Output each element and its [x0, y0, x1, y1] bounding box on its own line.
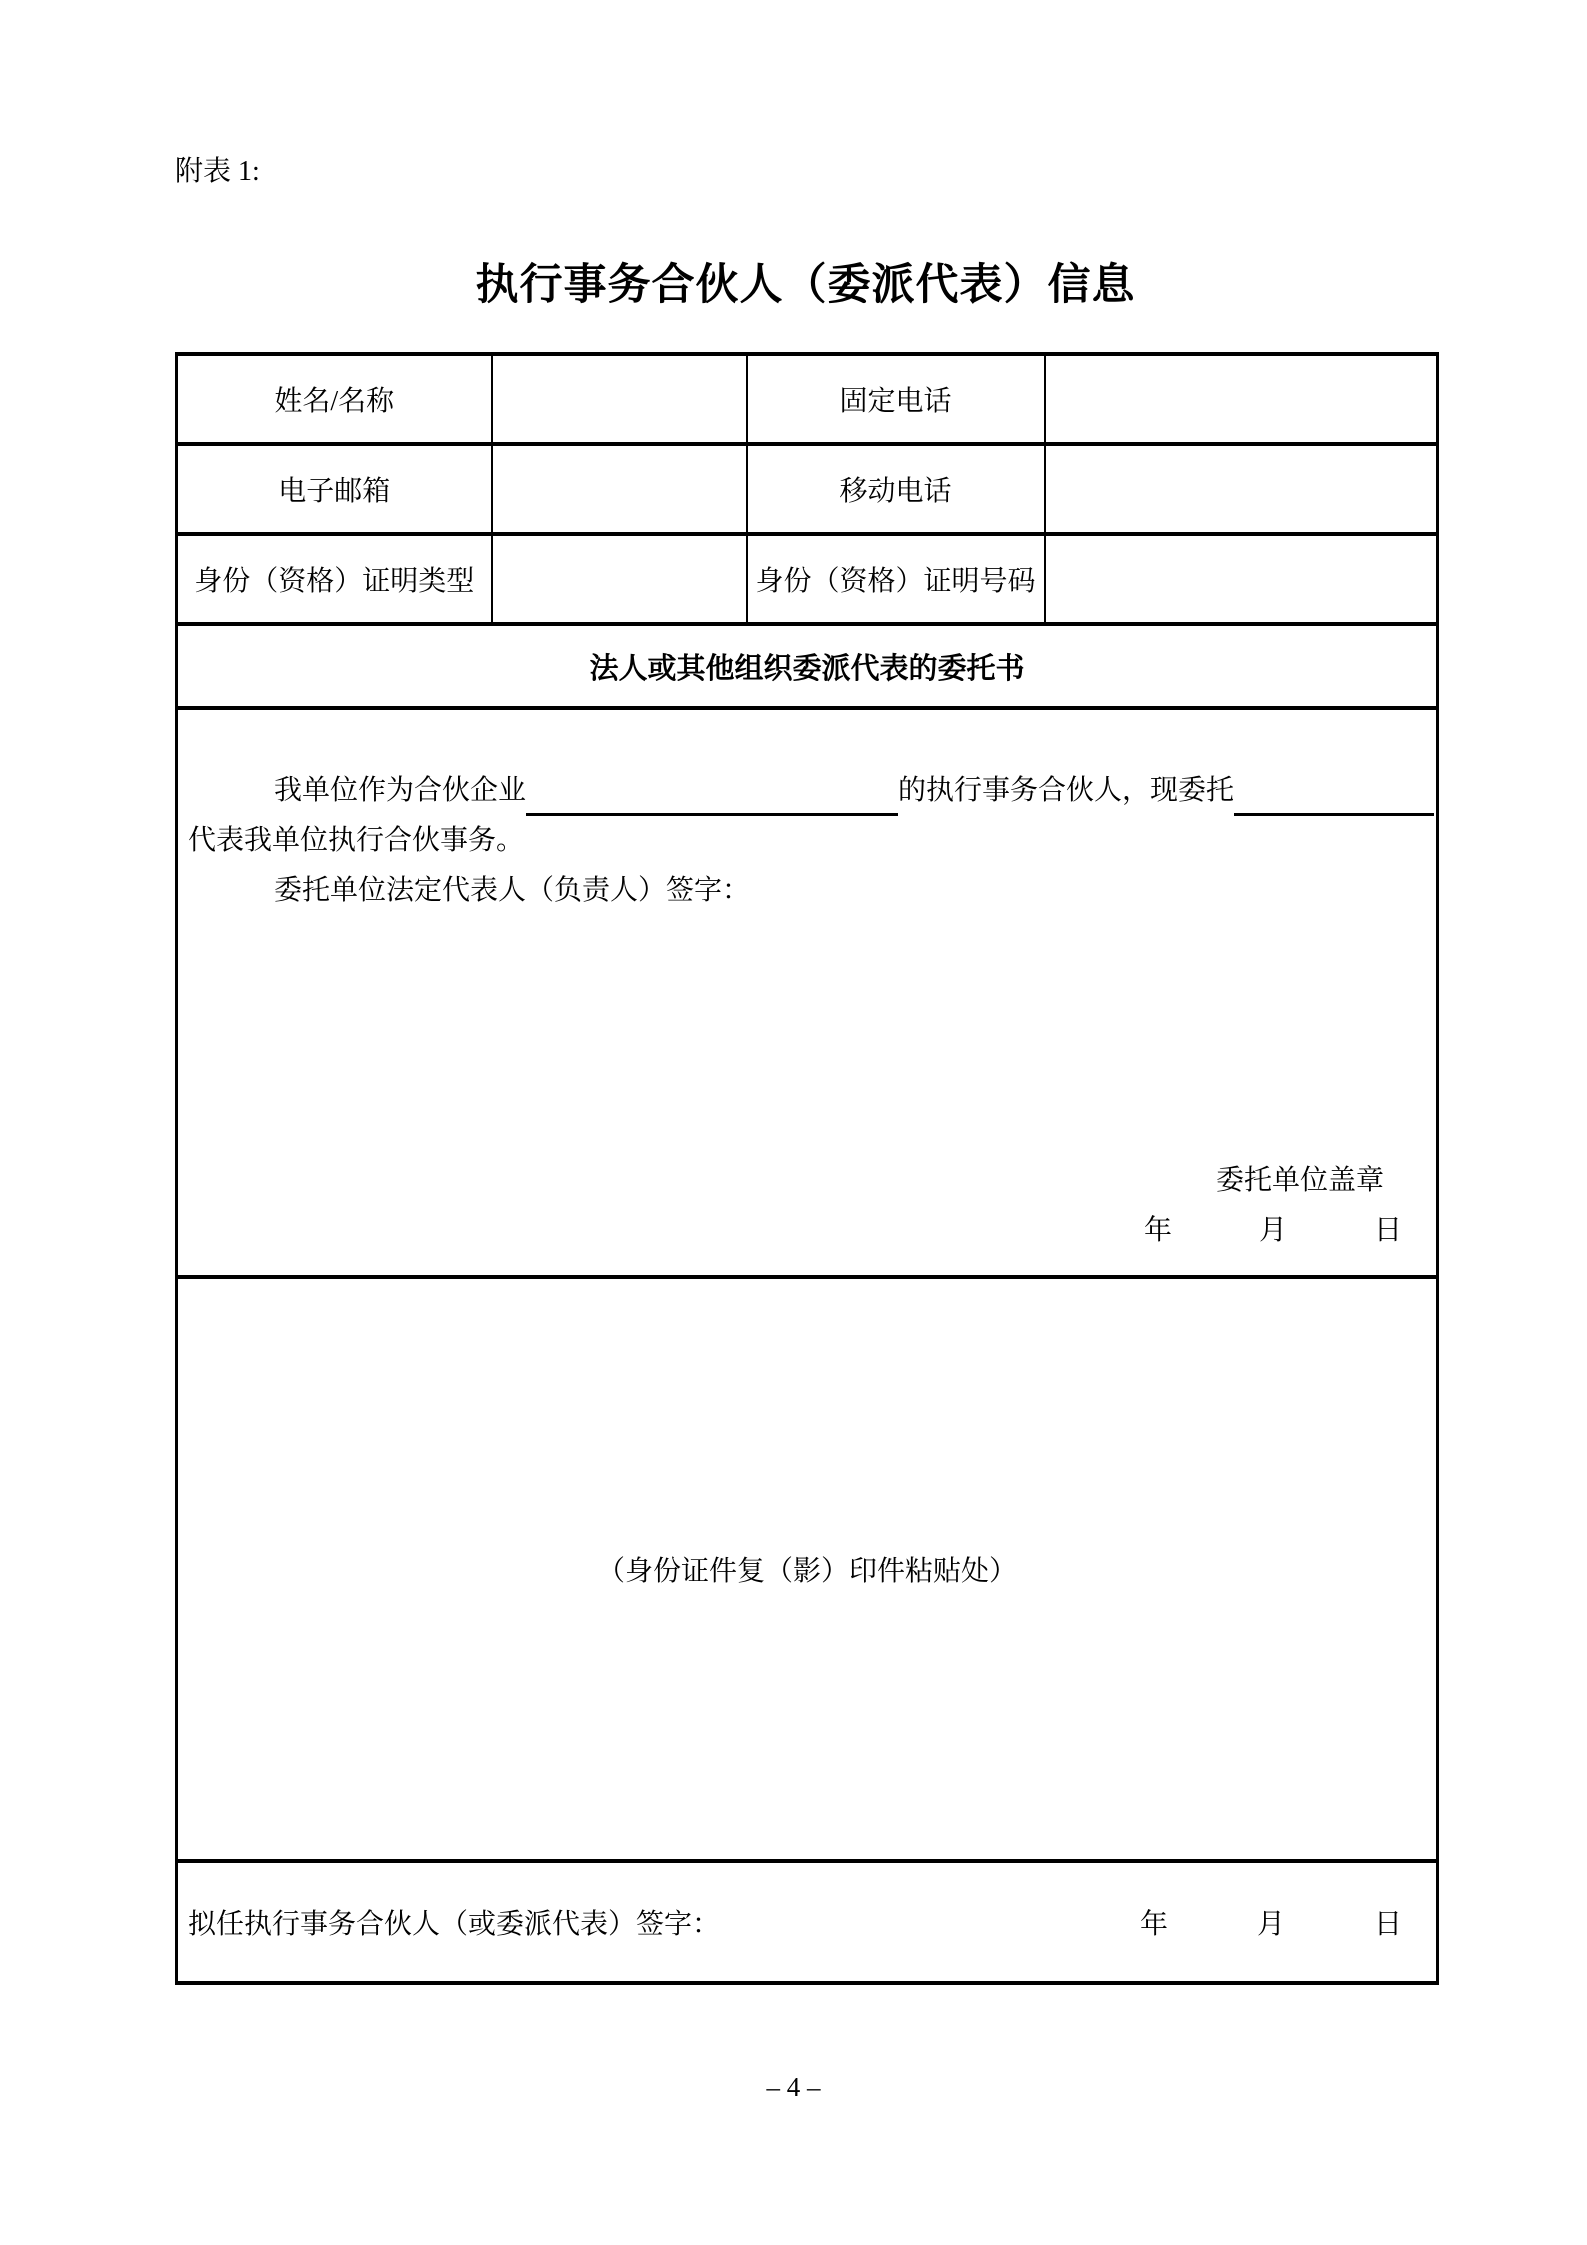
table-row: 身份（资格）证明类型 身份（资格）证明号码 — [177, 534, 1438, 624]
authorization-section-header: 法人或其他组织委派代表的委托书 — [177, 624, 1438, 708]
representative-name-blank — [1234, 769, 1434, 816]
authorization-line2: 代表我单位执行合伙事务。 — [188, 816, 1436, 866]
year-label: 年 — [1140, 1909, 1168, 1940]
id-number-value-cell — [1045, 534, 1438, 624]
entrusting-unit-seal-label: 委托单位盖章 — [188, 1156, 1436, 1206]
authorization-line1-middle: 的执行事务合伙人，现委托 — [898, 766, 1234, 816]
day-label: 日 — [1374, 1206, 1402, 1256]
table-row: （身份证件复（影）印件粘贴处） — [177, 1277, 1438, 1861]
proposed-partner-signature-cell: 拟任执行事务合伙人（或委派代表）签字： 年 月 日 — [177, 1861, 1438, 1983]
signature-date-line: 年 月 日 — [1140, 1902, 1402, 1942]
authorization-line1-prefix: 我单位作为合伙企业 — [274, 766, 526, 816]
page-number: – 4 – — [0, 2072, 1587, 2103]
partnership-name-blank — [526, 769, 898, 816]
attachment-label: 附表 1: — [175, 155, 1436, 189]
document-page: { "page": { "attachment_label": "附表 1:",… — [0, 0, 1587, 2245]
month-label: 月 — [1259, 1206, 1287, 1256]
id-number-label-cell: 身份（资格）证明号码 — [747, 534, 1045, 624]
id-copy-paste-placeholder: （身份证件复（影）印件粘贴处） — [597, 1556, 1017, 1587]
id-copy-paste-area: （身份证件复（影）印件粘贴处） — [177, 1277, 1438, 1861]
table-row: 电子邮箱 移动电话 — [177, 444, 1438, 534]
day-label: 日 — [1374, 1902, 1402, 1942]
fixed-phone-value-cell — [1045, 354, 1438, 444]
id-type-label-cell: 身份（资格）证明类型 — [177, 534, 492, 624]
mobile-phone-label-cell: 移动电话 — [747, 444, 1045, 534]
signature-space — [188, 916, 1436, 1156]
authorization-body-cell: 我单位作为合伙企业 的执行事务合伙人，现委托 代表我单位执行合伙事务。 委托单位… — [177, 708, 1438, 1277]
name-value-cell — [492, 354, 747, 444]
partner-info-table: 姓名/名称 固定电话 电子邮箱 移动电话 身份（资格）证明类型 身份（资格）证明… — [175, 352, 1439, 1985]
legal-representative-signature-label: 委托单位法定代表人（负责人）签字： — [188, 866, 1436, 916]
table-row: 拟任执行事务合伙人（或委派代表）签字： 年 月 日 — [177, 1861, 1438, 1983]
month-label: 月 — [1257, 1902, 1285, 1942]
table-row: 我单位作为合伙企业 的执行事务合伙人，现委托 代表我单位执行合伙事务。 委托单位… — [177, 708, 1438, 1277]
page-title: 执行事务合伙人（委派代表）信息 — [175, 251, 1436, 312]
authorization-date-line: 年 月 日 — [188, 1206, 1436, 1256]
email-label-cell: 电子邮箱 — [177, 444, 492, 534]
authorization-line1: 我单位作为合伙企业 的执行事务合伙人，现委托 — [188, 766, 1436, 816]
email-value-cell — [492, 444, 747, 534]
year-label: 年 — [1144, 1215, 1172, 1246]
name-label-cell: 姓名/名称 — [177, 354, 492, 444]
id-type-value-cell — [492, 534, 747, 624]
table-row: 姓名/名称 固定电话 — [177, 354, 1438, 444]
table-row: 法人或其他组织委派代表的委托书 — [177, 624, 1438, 708]
fixed-phone-label-cell: 固定电话 — [747, 354, 1045, 444]
proposed-partner-signature-label: 拟任执行事务合伙人（或委派代表）签字： — [188, 1902, 720, 1942]
form-sheet: 附表 1: 执行事务合伙人（委派代表）信息 姓名/名称 固定电话 电子邮箱 移动… — [175, 155, 1436, 1985]
mobile-phone-value-cell — [1045, 444, 1438, 534]
